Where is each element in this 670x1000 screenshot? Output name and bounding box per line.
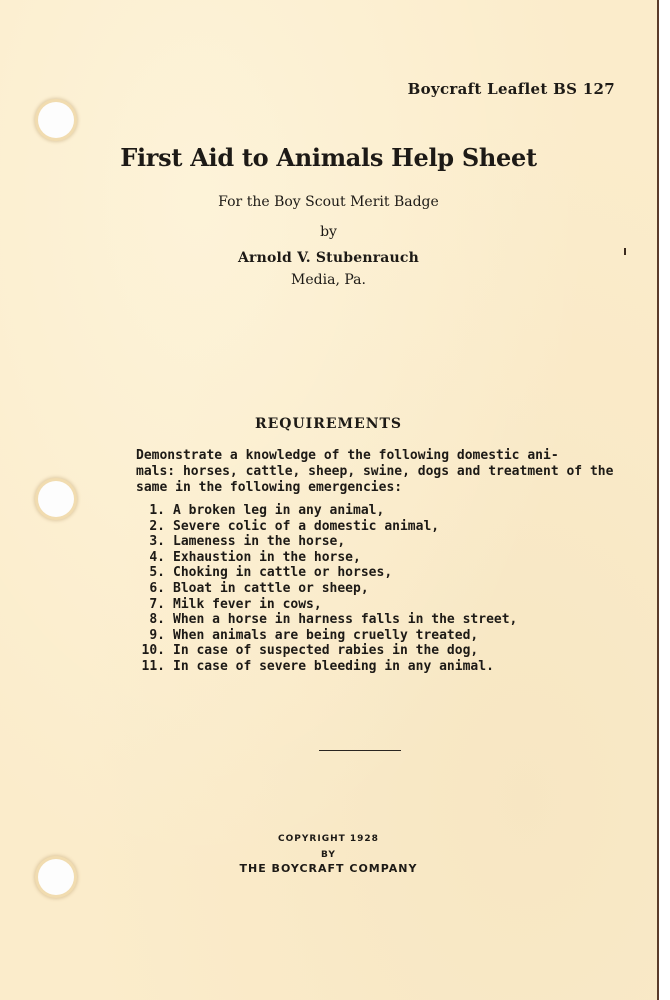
item-number: 7. — [135, 597, 173, 613]
item-text: Lameness in the horse, — [173, 534, 345, 550]
page-title: First Aid to Animals Help Sheet — [0, 143, 657, 172]
punch-hole-middle — [38, 481, 74, 517]
list-item: 7.Milk fever in cows, — [135, 597, 517, 613]
list-item: 1.A broken leg in any animal, — [135, 503, 517, 519]
copyright-line: COPYRIGHT 1928 — [0, 834, 657, 844]
item-text: Exhaustion in the horse, — [173, 550, 361, 566]
item-text: Bloat in cattle or sheep, — [173, 581, 369, 597]
item-number: 8. — [135, 612, 173, 628]
intro-line: Demonstrate a knowledge of the following… — [136, 448, 602, 464]
item-text: When animals are being cruelly treated, — [173, 628, 478, 644]
item-number: 1. — [135, 503, 173, 519]
item-text: Severe colic of a domestic animal, — [173, 519, 439, 535]
item-text: In case of suspected rabies in the dog, — [173, 643, 478, 659]
intro-line: mals: horses, cattle, sheep, swine, dogs… — [136, 464, 602, 480]
author-location: Media, Pa. — [0, 272, 657, 288]
item-number: 5. — [135, 565, 173, 581]
list-item: 6.Bloat in cattle or sheep, — [135, 581, 517, 597]
margin-mark — [624, 248, 626, 255]
item-text: A broken leg in any animal, — [173, 503, 384, 519]
item-text: When a horse in harness falls in the str… — [173, 612, 517, 628]
list-item: 3.Lameness in the horse, — [135, 534, 517, 550]
list-item: 11.In case of severe bleeding in any ani… — [135, 659, 517, 675]
item-number: 3. — [135, 534, 173, 550]
subtitle: For the Boy Scout Merit Badge — [0, 194, 657, 210]
item-number: 4. — [135, 550, 173, 566]
requirements-list: 1.A broken leg in any animal, 2.Severe c… — [135, 503, 517, 675]
intro-line: same in the following emergencies: — [136, 480, 602, 496]
divider-rule — [319, 750, 401, 751]
byline-by: by — [0, 224, 657, 240]
author-name: Arnold V. Stubenrauch — [0, 250, 657, 266]
list-item: 2.Severe colic of a domestic animal, — [135, 519, 517, 535]
publisher-name: THE BOYCRAFT COMPANY — [0, 862, 657, 875]
leaflet-page: Boycraft Leaflet BS 127 First Aid to Ani… — [0, 0, 659, 1000]
item-number: 11. — [135, 659, 173, 675]
list-item: 10.In case of suspected rabies in the do… — [135, 643, 517, 659]
leaflet-id: Boycraft Leaflet BS 127 — [408, 80, 615, 98]
list-item: 5.Choking in cattle or horses, — [135, 565, 517, 581]
punch-hole-top — [38, 102, 74, 138]
item-number: 6. — [135, 581, 173, 597]
item-number: 2. — [135, 519, 173, 535]
requirements-intro: Demonstrate a knowledge of the following… — [136, 448, 602, 496]
list-item: 8.When a horse in harness falls in the s… — [135, 612, 517, 628]
list-item: 4.Exhaustion in the horse, — [135, 550, 517, 566]
list-item: 9.When animals are being cruelly treated… — [135, 628, 517, 644]
item-text: Milk fever in cows, — [173, 597, 322, 613]
item-text: Choking in cattle or horses, — [173, 565, 392, 581]
item-text: In case of severe bleeding in any animal… — [173, 659, 494, 675]
copyright-by: BY — [0, 850, 657, 860]
item-number: 9. — [135, 628, 173, 644]
requirements-heading: REQUIREMENTS — [0, 416, 657, 432]
item-number: 10. — [135, 643, 173, 659]
